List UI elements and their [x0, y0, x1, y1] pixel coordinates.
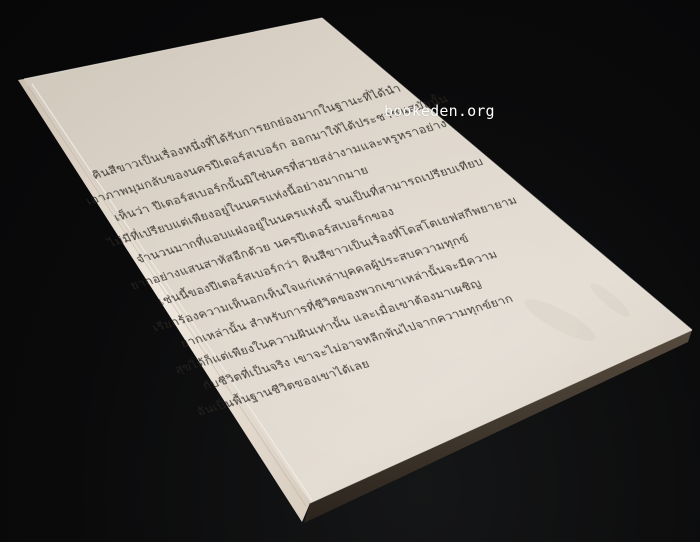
watermark: bookeden.org — [384, 102, 495, 120]
book — [0, 0, 700, 542]
